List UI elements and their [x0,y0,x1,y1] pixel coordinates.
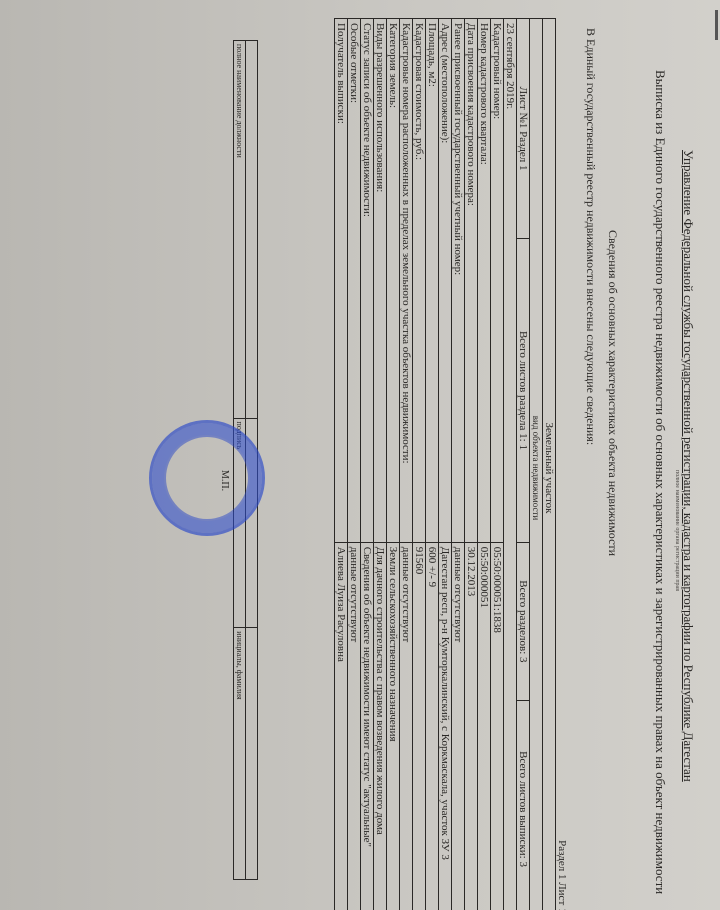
initials-caption: инициалы, фамилия [234,628,246,880]
field-label: Виды разрешенного использования: [374,19,387,543]
paper-clip [715,10,718,40]
field-value: Дагестан респ, р-н Кумторкалинский, с Ко… [439,542,452,910]
section-label-cell: Раздел 1 Лист 1 [556,19,569,910]
field-row: Адрес (местоположение):Дагестан респ, р-… [439,19,452,910]
field-value: 600 +/- 9 [426,542,439,910]
field-label: Кадастровый номер: [491,19,504,543]
field-row: Номер кадастрового квартала:05:50:000051 [478,19,491,910]
field-value: Алиева Луиза Расуловна [335,542,348,910]
official-stamp [149,420,265,536]
field-row: Особые отметки:данные отсутствуют [348,19,361,910]
section-subtitle: Сведения об основных характеристиках объ… [605,230,620,556]
field-value: 91560 [413,542,426,910]
extract-date: 23 сентября 2019г. [504,19,517,910]
field-value: 05:50:000051 [478,542,491,910]
document-title: Выписка из Единого государственного реес… [652,70,668,894]
field-label: Номер кадастрового квартала: [478,19,491,543]
field-value: данные отсутствуют [452,542,465,910]
position-caption: полное наименование должности [234,41,246,419]
field-row: Дата присвоения кадастрового номера:30.1… [465,19,478,910]
sheets-total: Всего листов выписки: 3 [517,701,530,910]
field-row: Кадастровый номер:05:50:000051:1838 [491,19,504,910]
field-value: 05:50:000051:1838 [491,542,504,910]
intro-text: В Единый государственный реестр недвижим… [583,28,598,445]
field-value: данные отсутствуют [348,542,361,910]
document-sheet: Управление Федеральной службы государств… [0,0,720,910]
object-type-caption: вид объекта недвижимости [530,19,543,910]
field-row: Кадастровые номера расположенных в преде… [400,19,413,910]
field-value: 30.12.2013 [465,542,478,910]
field-label: Особые отметки: [348,19,361,543]
sheet-number: Лист №1 Раздел 1 [517,19,530,239]
sections-total: Всего разделов: 3 [517,542,530,700]
sheets-in-section: Всего листов раздела 1: 1 [517,239,530,543]
field-value: Для дачного строительства с правом возве… [374,542,387,910]
section-label: Раздел 1 Лист 1 [556,840,568,910]
field-row: Получатель выписки:Алиева Луиза Расуловн… [335,19,348,910]
field-row: Категория земель:Земли сельскохозяйствен… [387,19,400,910]
initials-cell [246,628,258,880]
field-row: Виды разрешенного использования:Для дачн… [374,19,387,910]
characteristics-table: Раздел 1 Лист 1 Земельный участок вид об… [334,18,568,910]
object-type: Земельный участок [543,19,556,910]
organization-hint: полное наименование органа регистрации п… [674,470,680,591]
field-label: Ранее присвоенный государственный учетны… [452,19,465,543]
field-label: Адрес (местоположение): [439,19,452,543]
stamp-label: М.П. [219,470,230,491]
field-row: Статус записи об объекте недвижимости:Св… [361,19,374,910]
field-value: Сведения об объекте недвижимости имеют с… [361,542,374,910]
field-value: данные отсутствуют [400,542,413,910]
field-label: Статус записи об объекте недвижимости: [361,19,374,543]
field-label: Получатель выписки: [335,19,348,543]
field-label: Кадастровые номера расположенных в преде… [400,19,413,543]
field-value: Земли сельскохозяйственного назначения [387,542,400,910]
field-label: Категория земель: [387,19,400,543]
field-row: Ранее присвоенный государственный учетны… [452,19,465,910]
field-label: Дата присвоения кадастрового номера: [465,19,478,543]
field-label: Кадастровая стоимость, руб.: [413,19,426,543]
field-row: Кадастровая стоимость, руб.:91560 [413,19,426,910]
field-label: Площадь, м2: [426,19,439,543]
organization-name: Управление Федеральной службы государств… [680,150,696,850]
position-cell [246,41,258,419]
field-row: Площадь, м2:600 +/- 9 [426,19,439,910]
